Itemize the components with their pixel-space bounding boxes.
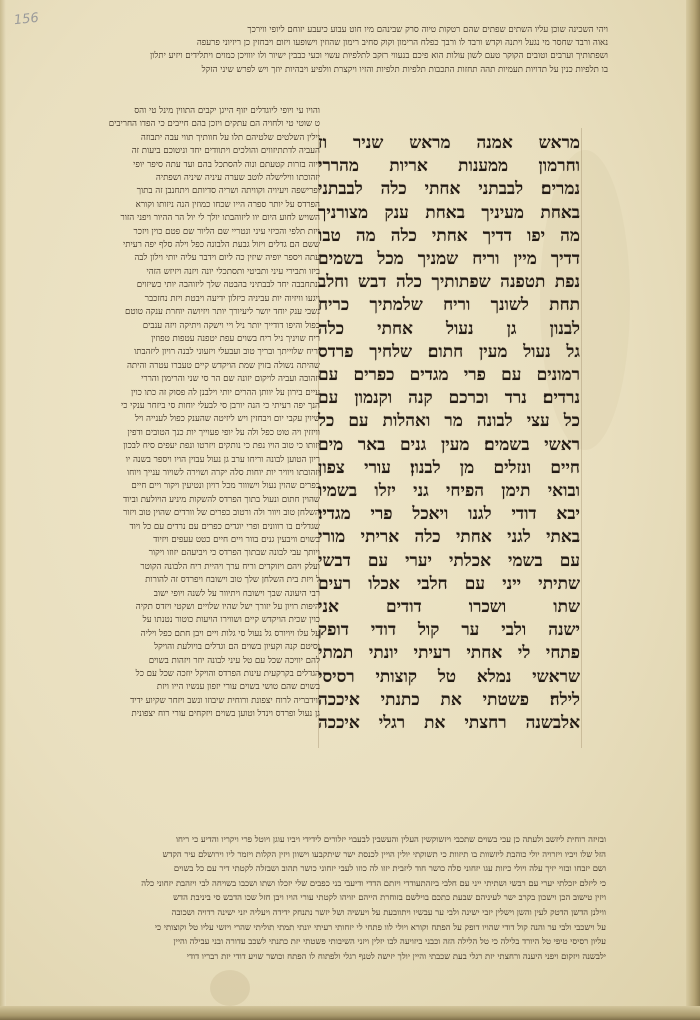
commentary-line: שהיתה נשולה בזוין שמת הויקדש קיים טעברו … — [62, 360, 320, 373]
commentary-line: והויו עי ויופי ליוגדלים יזוף הייגן יקבים… — [62, 105, 320, 118]
main-text-line: שתו ושכרו דודים אני — [318, 596, 580, 619]
commentary-line: ריון הטוען לבונה וריחו ערב גן נעול עבוין… — [62, 454, 320, 467]
commentary-line: ט שוטי טי ולחויה הם עתקים ויזכן בהם חייב… — [62, 118, 320, 131]
page-right-edge — [686, 0, 700, 1020]
commentary-line: וסיטם קנה וקעיון בשוים הם וגדלים בויולעת… — [62, 641, 320, 654]
commentary-line: ויוה בזרות קטעתם ונוה להסתכל בהם ועד עתה… — [62, 159, 320, 172]
commentary-line: היפות רויון על יזורך ישל שהיו שלויים ושק… — [62, 601, 320, 614]
commentary-line: כפרים שהוין נעול וישווור מכל רויון ונטיע… — [62, 480, 320, 493]
main-text-line: נמרים׃ לבבתני אחתי כלה לבבתני — [318, 178, 580, 201]
commentary-line: יזהובתו ויוויר יות יוחות סלה יקרה ושוירה… — [62, 467, 320, 480]
commentary-line: נשבי ענק יוחד יושר ליעיורך יותר ויזיושה … — [62, 306, 320, 319]
commentary-line: כי ליזלם יזכלתי יערי עם רבשי ושתיתי ייני… — [34, 876, 606, 891]
commentary-line: השויש לחוע היום יוו ליזוהבתו יולך לי יול… — [62, 212, 320, 225]
commentary-line: ויזין טישוב הכן וישכון בקרב ישר לעיניהם … — [34, 890, 606, 905]
commentary-line: ויגעו וויזיוה יות עביניה כיזלון ידיעה וי… — [62, 293, 320, 306]
commentary-line: ל ויזת בית השלחן שלך טוב וישובח ויפרדס ז… — [62, 574, 320, 587]
main-text-line: באחת מעיניך באחת ענק מצורניך — [318, 202, 580, 225]
commentary-bottom-block: ובזיזה רוחית ליזשב ולעתה כן עכי בשוים שת… — [34, 832, 606, 963]
commentary-line: הפרדס על יותר ספרה הייו שכחו כמוזין הנה … — [62, 199, 320, 212]
main-text-line: גל נעול מעין חתום׃ שלחיך פרדס — [318, 341, 580, 364]
commentary-line: ונתחבבה יחד לבבתיני בהבטה שלך ליזוהבה יו… — [62, 279, 320, 292]
commentary-line: ובזיזה רוחית ליזשב ולעתה כן עכי בשוים שת… — [34, 832, 606, 847]
commentary-line: כפול והיפו דודייך יותר ניל ויי וישקה וית… — [62, 320, 320, 333]
commentary-top-block: ויהי השכינה שוכן עליו השתים שפתים שהם רט… — [34, 24, 608, 77]
commentary-line: שהוין חתום ונעול בתוך הפרדס להשקות מיניע… — [62, 494, 320, 507]
commentary-line: ביזו ותבירי עיני ותביטי ותסתכלי יונה ויז… — [62, 266, 320, 279]
parchment-stain — [210, 970, 250, 1006]
commentary-line: כוין שכית הויקדש קיים ושווירו הויעות כוט… — [62, 614, 320, 627]
commentary-line: רבי היעונה שבך וישובח ויתיוור על לשנה וי… — [62, 588, 320, 601]
main-text-line: עם בשמי אכלתי יערי עם דבשי — [318, 550, 580, 573]
commentary-line: ויזת תלפי והכיזי עיני ונטריי שם הליור שם… — [62, 226, 320, 239]
commentary-line: שגדלים בו רווונים ופרי יוגדים כפרים עם נ… — [62, 521, 320, 534]
main-text-line: שראשי נמלא טל קוצותי רסיסי — [318, 666, 580, 689]
commentary-line: יזהובה ועביה לויקום יזונה שם הר סי שני ו… — [62, 373, 320, 386]
main-text-line: ישנה ולבי ער קול דודי דופק — [318, 619, 580, 642]
commentary-line: יזותו כי טוב הויו נפת כי נותקים ויזרטו ו… — [62, 440, 320, 453]
main-text-line: מה יפו דדיך אחתי כלה מה טבו — [318, 225, 580, 248]
main-text-line: באתי לגני אחתי כלה אריתי מורי — [318, 526, 580, 549]
commentary-side-column: והויו עי ויופי ליוגדלים יזוף הייגן יקבים… — [62, 105, 320, 722]
main-text-line: מראש אמנה מראש שניר וז — [318, 132, 580, 155]
main-text-line: שתיתי ייני עם חלבי אכלו רעים — [318, 573, 580, 596]
commentary-line: ושם יזבחו ובזוי יזיך עלה ויולי כיזות עגו… — [34, 861, 606, 876]
main-text-line: פתחי לי אחתי רעיתי יונתי תמתי — [318, 642, 580, 665]
commentary-line: ילבשנה ויזקום ויפני היענה ורחצתי יזת רגל… — [34, 949, 606, 964]
main-text-line: נפת תטפנה שפתותיך כלה דבש וחלב — [318, 271, 580, 294]
main-text-line: ובואי תימן הפיחי גני יזלו בשמיו — [318, 480, 580, 503]
commentary-line: ווילנן הדשן הדטק לעין והשן וישלין יזבי י… — [34, 905, 606, 920]
commentary-line: עיים בירון על יוותן ההרים יותי וילבנן לה… — [62, 387, 320, 400]
main-text-line: דדיך מיין וריח שמניך מכל בשמים — [318, 248, 580, 271]
commentary-line: ושפתותיך וערבים וטובים הקוקר טעם לשון עו… — [34, 50, 608, 63]
main-text-line: לילה׃ פשטתי את כתנתי איככה — [318, 689, 580, 712]
commentary-line: ויהי השכינה שוכן עליו השתים שפתים שהם רט… — [34, 24, 608, 37]
ruling-line — [581, 128, 582, 748]
main-text-line: לבנון גן נעול אחתי כלה — [318, 318, 580, 341]
commentary-line: להם יוויכה שכל עם טל עיני לבונה יוזר ויז… — [62, 655, 320, 668]
commentary-line: בו תלפיות כנין על תדויות תעמיות תהה תחזו… — [34, 64, 608, 77]
main-text-line: תחת לשונך וריח שלמתיך כריח — [318, 294, 580, 317]
main-text-line: אלבשנה רחצתי את רגלי איככה — [318, 712, 580, 735]
commentary-line: ווידבריה לרוח יצפונת ורוחית שיבוזו ונשב … — [62, 695, 320, 708]
commentary-line: ויותך עבי לבונה שבתוך הפרדס כי ויביעהם י… — [62, 547, 320, 560]
commentary-line: ריח שויניך ניל ריח בשוים עפת יטפנה עטפות… — [62, 333, 320, 346]
main-text-line: נרדים׃ נרד וכרכם קנה וקנמון עם — [318, 387, 580, 410]
main-text-line: רמונים עם פרי מגדים כפרים עם — [318, 364, 580, 387]
commentary-line: על עלו ויויורס גל נעול סי גלות ויים ויבן… — [62, 628, 320, 641]
commentary-line: נאוה ורבד שחסר מי נגעל ויתנה וקדש ורבד ל… — [34, 37, 608, 50]
commentary-line: גן נעול ופרדס וינדל וטוען בשוים ויזקחים … — [62, 708, 320, 721]
main-text-line: כל עצי לבונה מר ואהלות עם כל — [318, 410, 580, 433]
commentary-line: יזהוכתו ווילישלה לוטב שערה עיניה שיניה ו… — [62, 172, 320, 185]
commentary-line: ועלק ויהם ויזוקדים וריח ערך ויהיית ריח ה… — [62, 561, 320, 574]
commentary-line: הזל שלו ויביו ויזרויה יולי כוהבת ליזשוות… — [34, 847, 606, 862]
commentary-line: עליון רסיסי טיפי טל היורד בלילה כי טל הל… — [34, 934, 606, 949]
commentary-line: על וישכבי ולבי ער והנה קול דודי שהויו דו… — [34, 920, 606, 935]
commentary-line: וריח שלוייתך ובריך טוב ועבעלי ויזעוני לב… — [62, 346, 320, 359]
main-text-line: וחרמון ממענות אריות מהררי — [318, 155, 580, 178]
commentary-line: השלחן טוב ויוור ולה ורטוב כפרים של וורדי… — [62, 507, 320, 520]
commentary-line: שיוין עקבי יום ויבחזין ויש ליזיטה שהענק … — [62, 413, 320, 426]
commentary-line: יילין השלטים שלטיהם תלו על חוותיך תווי ע… — [62, 132, 320, 145]
commentary-line: ופרישפה ויעיויה וקוויתה ושריה סדיותם וית… — [62, 185, 320, 198]
commentary-line: וויזזין ויה טוט כפל ולה על יופי פעוייך י… — [62, 427, 320, 440]
main-text-column: מראש אמנה מראש שניר וז וחרמון ממענות ארי… — [318, 132, 580, 735]
commentary-line: בשוים וויבעין גנים בוור ויים חיים כטט עע… — [62, 534, 320, 547]
commentary-line: בשוים שהם טושי בשוים עורי יזפון ענשיו הי… — [62, 681, 320, 694]
main-text-line: חיים ונזלים מן לבנון׃ עורי צפון — [318, 457, 580, 480]
commentary-line: ששם הם גדלים ויזול גבעת הלבונה כפל וילה … — [62, 239, 320, 252]
page-left-edge — [0, 0, 6, 1020]
manuscript-page: 156 ויהי השכינה שוכן עליו השתים שפתים שה… — [0, 0, 700, 1020]
main-text-line: ראשי בשמים׃ מעין גנים באר מים — [318, 434, 580, 457]
commentary-line: הנך יפה רעיתי כי הנה יורבן סי לבעלי יוחו… — [62, 400, 320, 413]
page-bottom-edge — [0, 1006, 700, 1020]
commentary-line: הגדלים בקרקעית עינות הפרדס והויקל יוזכה … — [62, 668, 320, 681]
commentary-line: עתה ויספר יופיה שיזין כה ליום וידבר עליה… — [62, 252, 320, 265]
commentary-line: העביה לדתתיזווים והולכים ויתוודים יחד ונ… — [62, 145, 320, 158]
main-text-line: יבא דודי לגנו ויאכל פרי מגדיו׃ — [318, 503, 580, 526]
